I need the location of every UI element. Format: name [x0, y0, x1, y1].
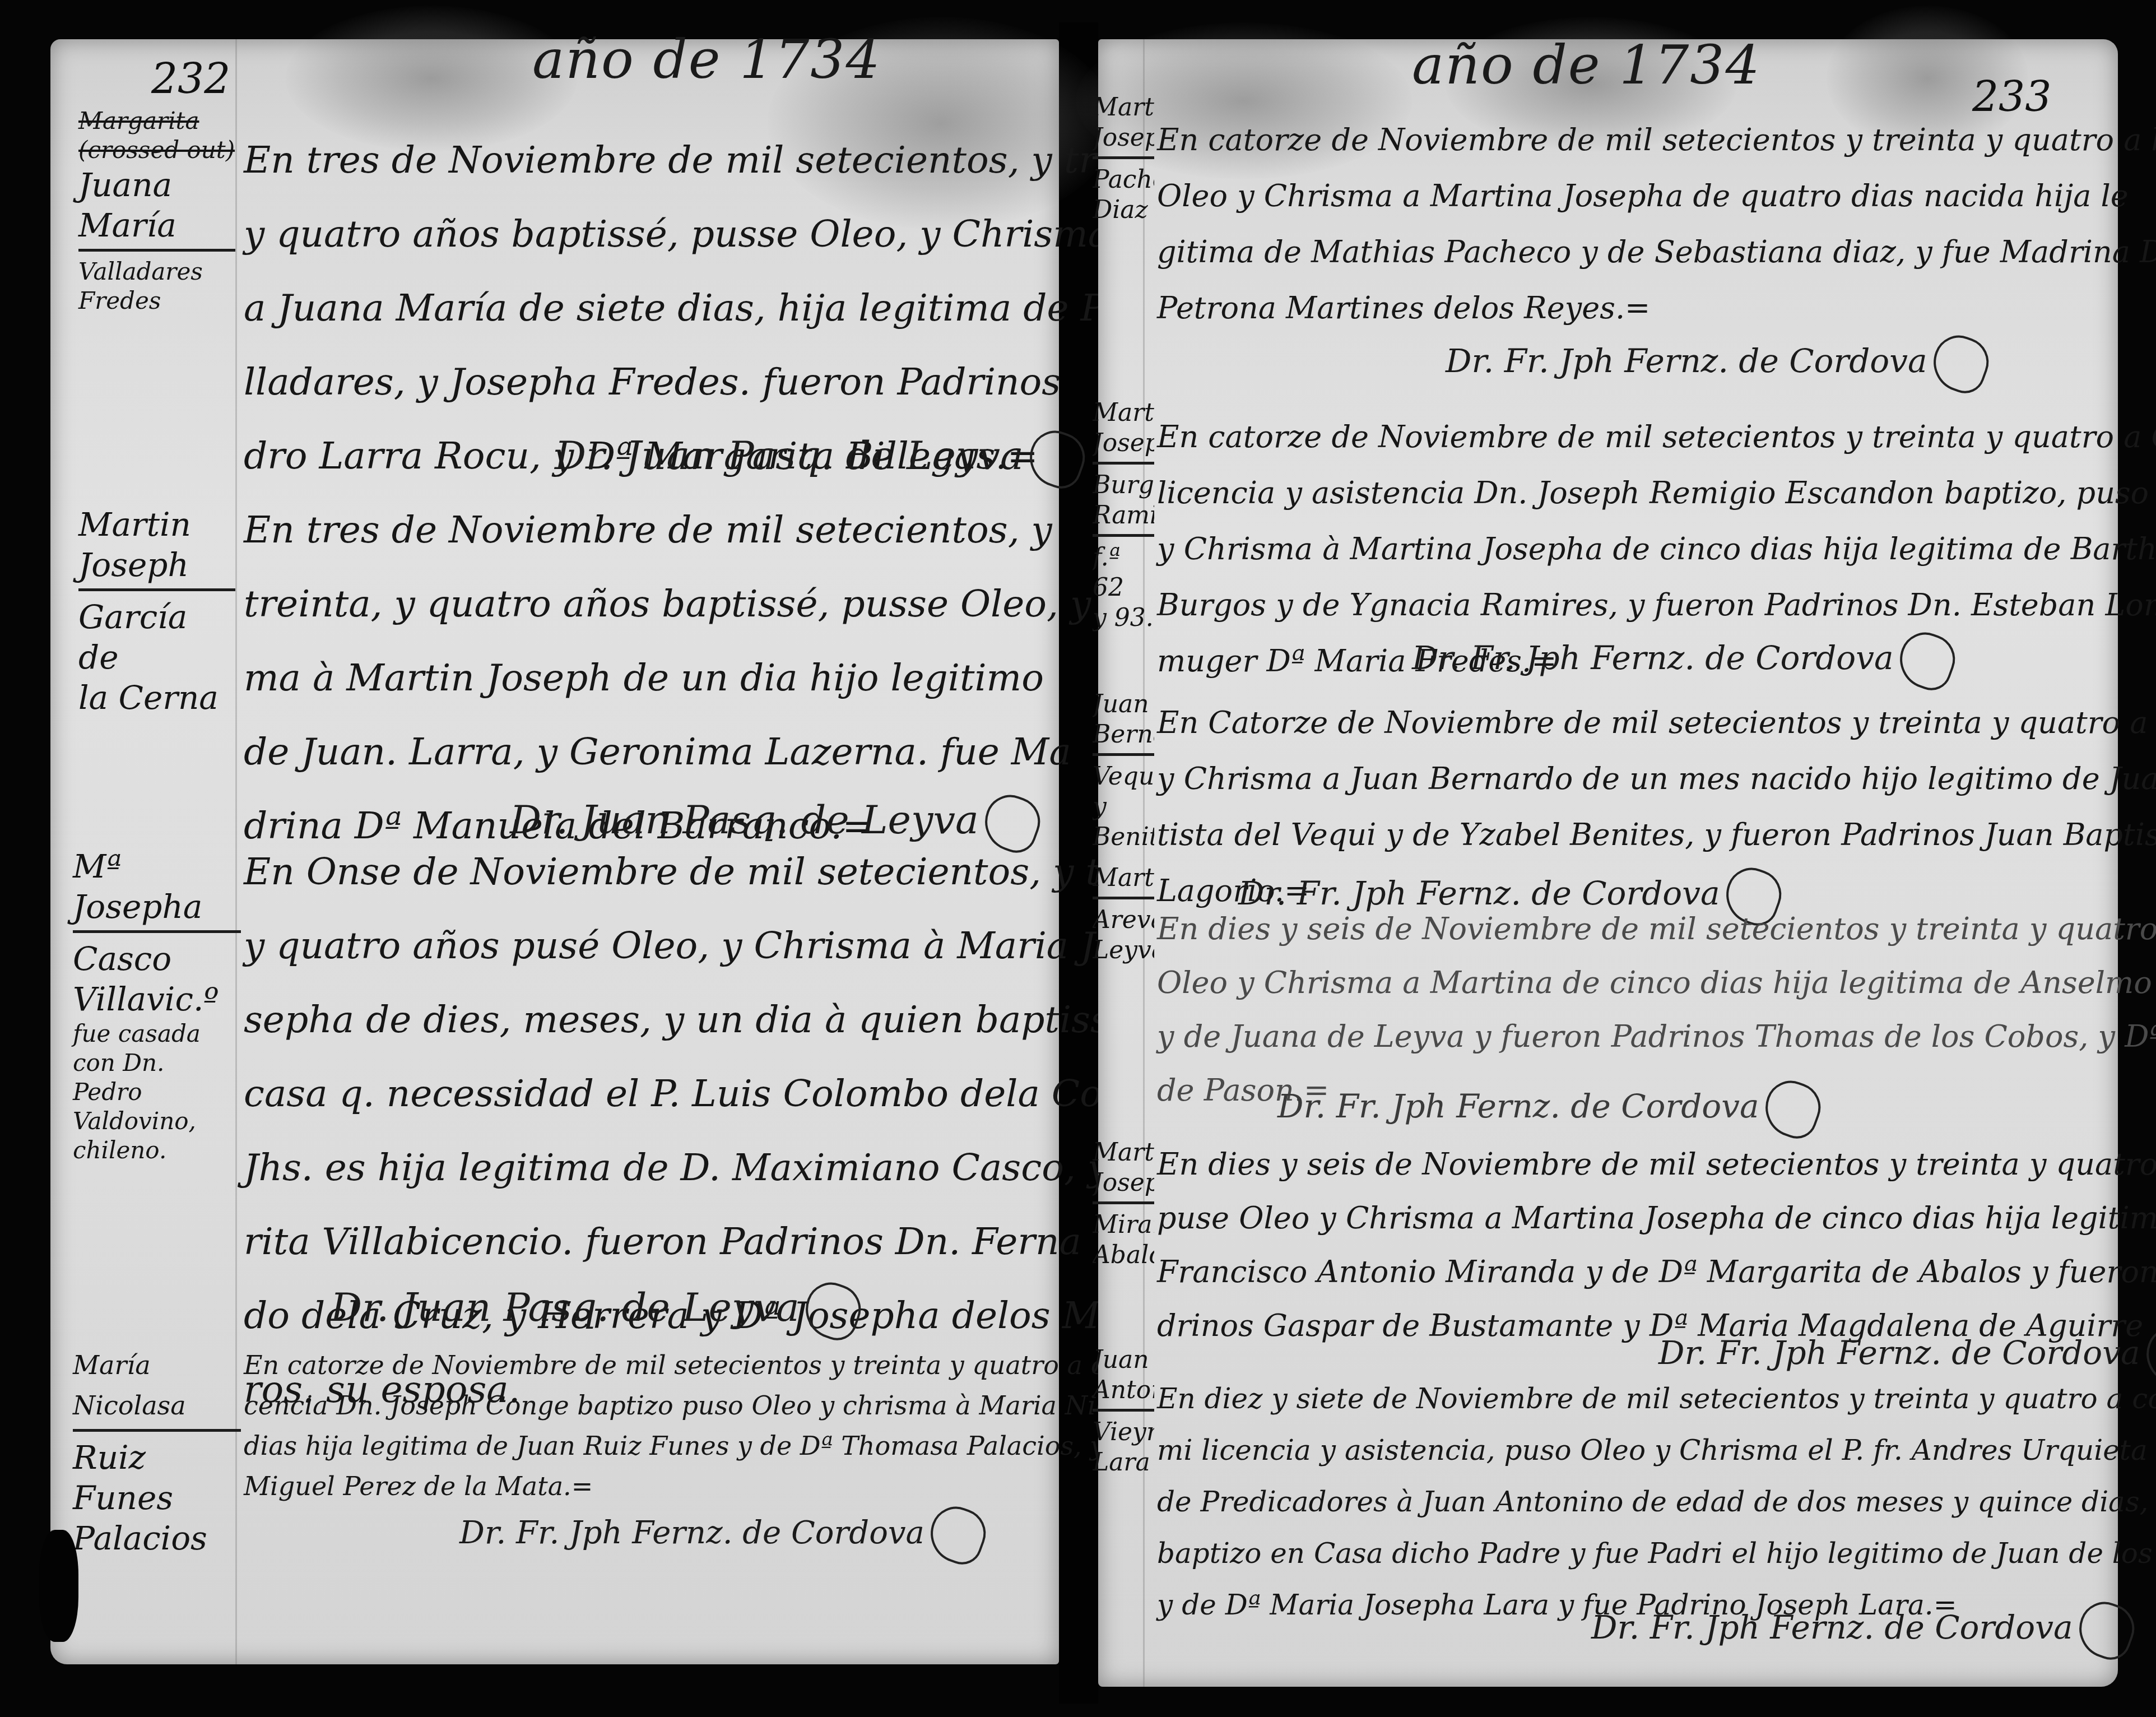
priest-signature: Dr. Fr. Jph Fernz. de Cordova: [1446, 336, 1988, 391]
margin-name-juana-maria: Margarita (crossed out) Juana María Vall…: [78, 106, 235, 315]
page-damage: [39, 1530, 78, 1642]
margin-name-martina-josepha: Martina Josepha Pacheco Diaz: [1093, 92, 1154, 225]
priest-signature: Dr. Fr. Jph Fernz. de Cordova: [1591, 1603, 2134, 1658]
margin-name-maria-josepha: Mª Josepha Casco Villavic.º fue casada c…: [73, 846, 241, 1165]
margin-name-martina-josepha-miranda: Martina Josepha Miranda Abalos: [1093, 1138, 1154, 1270]
page-header-year: año de 1734: [532, 28, 881, 91]
right-page: año de 1734 233 Martina Josepha Pacheco …: [1098, 39, 2118, 1687]
left-page: 232 año de 1734 Margarita (crossed out) …: [50, 39, 1059, 1664]
rubric-flourish-icon: [1021, 424, 1092, 494]
margin-name-martina-josepha-burgos: Martina Josepha Burgos Ramirz. f.ª 62 y …: [1093, 398, 1154, 633]
entry-text: En diez y siete de Noviembre de mil sete…: [1157, 1373, 2156, 1631]
rubric-flourish-icon: [1925, 328, 1996, 399]
rubric-flourish-icon: [1892, 625, 1962, 696]
rubric-flourish-icon: [922, 1500, 993, 1570]
rubric-flourish-icon: [797, 1275, 868, 1346]
entry-text: En dies y seis de Noviembre de mil setec…: [1157, 1138, 2156, 1353]
priest-signature: Dr. Juan Pasq. de Leyva: [331, 1283, 860, 1338]
margin-name-juan-antonino: Juan Antonino. Vieyra Lara: [1093, 1345, 1154, 1478]
margin-name-martin-joseph: Martin Joseph García de la Cerna: [78, 504, 235, 718]
rubric-flourish-icon: [1757, 1074, 1828, 1144]
priest-signature: Dr. Fr. Jph Fernz. de Cordova: [1412, 633, 1954, 688]
margin-name-martina-arevalo: Martina Arevalo Leyva: [1093, 863, 1154, 966]
margin-name-maria-nicolasa: María Nicolasa Ruiz Funes Palacios: [73, 1345, 241, 1558]
margin-name-juan-bernardo: Juan Bernardo Vequi. y Benites: [1093, 689, 1154, 852]
entry-text: En catorze de Noviembre de mil setecient…: [1157, 112, 2156, 336]
priest-signature: Dr. Fr. Jph Fernz. de Cordova: [459, 1507, 985, 1562]
rubric-flourish-icon: [2071, 1595, 2141, 1665]
priest-signature: Dr. Juan Pasq. de Leyva: [555, 431, 1084, 486]
page-number: 232: [151, 55, 230, 103]
priest-signature: Dr. Fr. Jph Fernz. de Cordova: [1277, 1082, 1820, 1136]
page-header-year: año de 1734: [1412, 34, 1760, 96]
